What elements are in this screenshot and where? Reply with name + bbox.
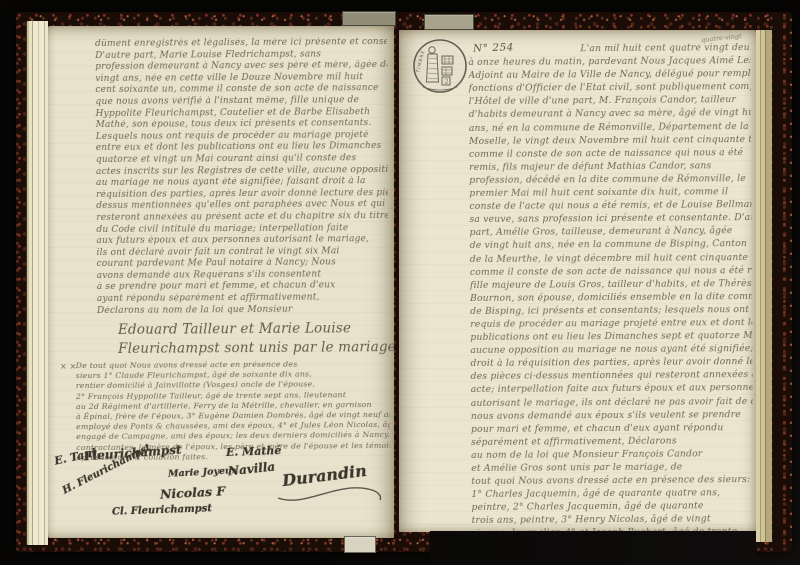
signature-flourish — [276, 478, 386, 508]
signature: E. Mathé — [226, 444, 282, 459]
svg-text:2: 2 — [444, 78, 448, 86]
page-edges-right-stack — [756, 30, 772, 542]
register-photograph: dûment enregistrés et légalisés, la mère… — [0, 0, 800, 565]
left-page: dûment enregistrés et légalisés, la mère… — [48, 26, 394, 538]
handwritten-line: dûment enregistrés et légalisés, la mère… — [95, 37, 387, 51]
handwritten-line: Edouard Tailleur et Marie Louise — [118, 319, 394, 340]
handwritten-line: 1° Charles Jacquemin, âgé de quarante qu… — [471, 486, 753, 501]
handwritten-line: pour mari et femme, et chacun d'eux ayan… — [471, 421, 753, 436]
handwritten-line: Déclarons au nom de la loi que Monsieur — [97, 304, 389, 318]
index-tab-bottom — [344, 536, 376, 553]
left-page-marriage-declaration: Edouard Tailleur et Marie LouiseFleurich… — [118, 319, 394, 359]
index-tab-top-right — [424, 14, 474, 30]
handwritten-line: acte; interpellation faite aux futurs ép… — [471, 381, 753, 396]
signature: Navilla — [227, 460, 275, 479]
handwritten-line: Fleurichampst sont unis par le mariage — [118, 338, 394, 359]
handwritten-line: aux futurs époux et aux personnes autori… — [96, 234, 388, 248]
right-page-act-text: L'an mil huit cent quatre vingt deux, le… — [468, 41, 753, 532]
municipal-revenue-stamp-icon: 2 TIMBRE — [411, 37, 469, 95]
right-page: 2 TIMBRE N° 254 quatre-vingt L'an mil hu… — [399, 30, 756, 532]
handwritten-line: d'habits demeurant à Nancy avec sa mère,… — [469, 106, 751, 121]
margin-mark: × × — [60, 362, 77, 371]
signature: E. Taul. — [53, 445, 101, 467]
signature: Cl. Fleurichampst — [112, 503, 212, 517]
left-page-act-text: dûment enregistrés et légalisés, la mère… — [95, 37, 389, 317]
page-edges-left-stack — [26, 21, 48, 545]
shadow-under-right-page — [430, 531, 756, 565]
signature: Nicolas F — [160, 483, 226, 501]
index-tab-top-left — [342, 11, 396, 26]
handwritten-line: de vingt huit ans, née en la commune de … — [470, 237, 752, 252]
